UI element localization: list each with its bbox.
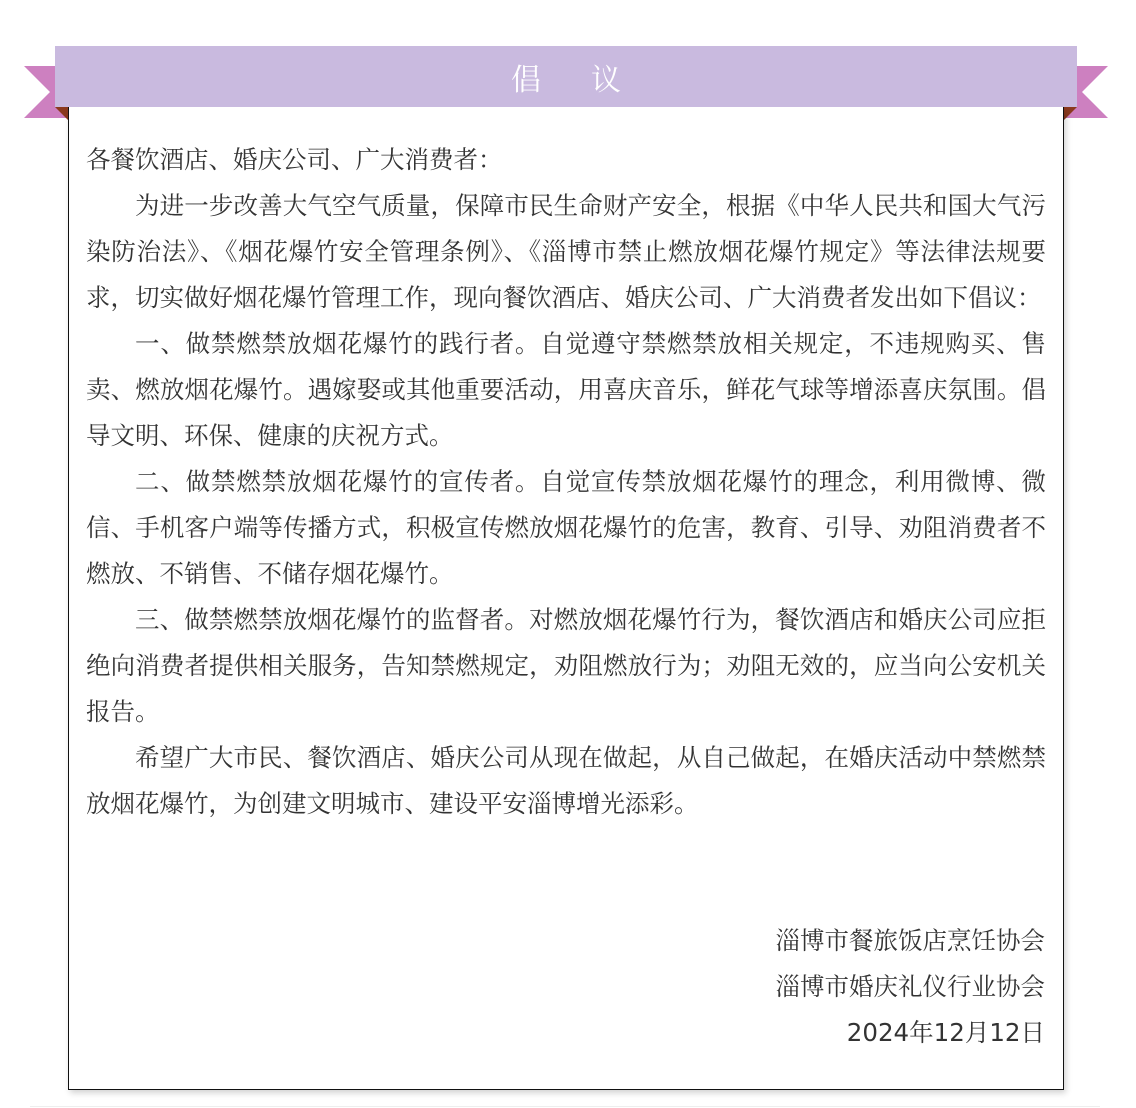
proposal-item-2: 二、做禁燃禁放烟花爆竹的宣传者。自觉宣传禁放烟花爆竹的理念，利用微博、微信、手机…	[86, 459, 1046, 597]
proposal-item-1: 一、做禁燃禁放烟花爆竹的践行者。自觉遵守禁燃禁放相关规定，不违规购买、售卖、燃放…	[86, 321, 1046, 459]
bottom-divider	[30, 1106, 1100, 1107]
ribbon-fold-right-icon	[1064, 107, 1077, 120]
closing-paragraph: 希望广大市民、餐饮酒店、婚庆公司从现在做起，从自己做起，在婚庆活动中禁燃禁放烟花…	[86, 735, 1046, 827]
signature-org-1: 淄博市餐旅饭店烹饪协会	[776, 918, 1046, 964]
page-title: 倡议	[461, 55, 671, 99]
signature-block: 淄博市餐旅饭店烹饪协会 淄博市婚庆礼仪行业协会 2024年12月12日	[776, 918, 1046, 1056]
title-banner: 倡议	[55, 46, 1077, 107]
proposal-item-3: 三、做禁燃禁放烟花爆竹的监督者。对燃放烟花爆竹行为，餐饮酒店和婚庆公司应拒绝向消…	[86, 597, 1046, 735]
salutation: 各餐饮酒店、婚庆公司、广大消费者：	[86, 137, 1046, 183]
intro-paragraph: 为进一步改善大气空气质量，保障市民生命财产安全，根据《中华人民共和国大气污染防治…	[86, 183, 1046, 321]
signature-org-2: 淄博市婚庆礼仪行业协会	[776, 964, 1046, 1010]
ribbon-fold-left-icon	[55, 107, 68, 120]
signature-date: 2024年12月12日	[776, 1010, 1046, 1056]
proposal-body: 各餐饮酒店、婚庆公司、广大消费者： 为进一步改善大气空气质量，保障市民生命财产安…	[86, 137, 1046, 827]
